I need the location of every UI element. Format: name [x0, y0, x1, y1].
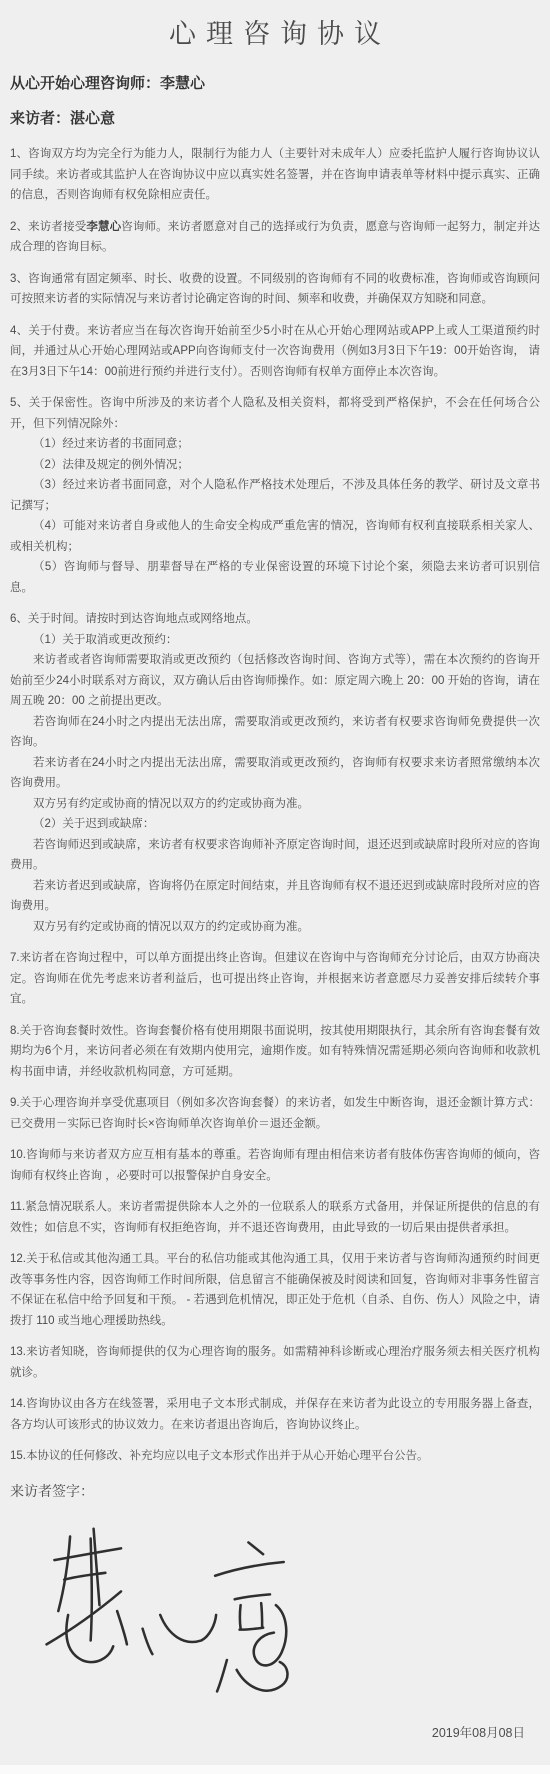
clause-paragraph: 15.本协议的任何修改、补充均应以电子文本形式作出并于从心开始心理平台公告。: [10, 1446, 540, 1467]
clause-text: （1）关于取消或更改预约：: [33, 634, 177, 646]
clause-paragraph: （2）法律及规定的例外情况；: [10, 455, 540, 476]
visitor-label: 来访者：: [10, 110, 70, 127]
clause-text: 13.来访者知晓，咨询师提供的仅为心理咨询的服务。如需精神科诊断或心理治疗服务须…: [10, 1346, 540, 1379]
counselor-label: 从心开始心理咨询师：: [10, 75, 160, 92]
clause-text: （3）经过来访者书面同意，对个人隐私作严格技术处理后，不涉及具体任务的教学、研讨…: [10, 479, 540, 512]
clause-text: （4）可能对来访者自身或他人的生命安全构成严重危害的情况，咨询师有权利直接联系相…: [10, 520, 540, 553]
clause-text: 11.紧急情况联系人。来访者需提供除本人之外的一位联系人的联系方式备用，并保证所…: [10, 1201, 540, 1234]
clause-paragraph: 1、咨询双方均为完全行为能力人，限制行为能力人（主要针对未成年人）应委托监护人履…: [10, 144, 540, 206]
clause-paragraph: 若来访者迟到或缺席，咨询将仍在原定时间结束，并且咨询师有权不退还迟到或缺席时段所…: [10, 876, 540, 917]
clause-paragraph: 7.来访者在咨询过程中，可以单方面提出终止咨询。但建议在咨询中与咨询师充分讨论后…: [10, 948, 540, 1010]
clause-text: 若来访者迟到或缺席，咨询将仍在原定时间结束，并且咨询师有权不退还迟到或缺席时段所…: [10, 880, 540, 913]
clause-paragraph: 双方另有约定或协商的情况以双方的约定或协商为准。: [10, 917, 540, 938]
signature-ink-icon: [22, 1515, 322, 1711]
clause-text: 1、咨询双方均为完全行为能力人，限制行为能力人（主要针对未成年人）应委托监护人履…: [10, 148, 540, 201]
clause-paragraph: （5）咨询师与督导、朋辈督导在严格的专业保密设置的环境下讨论个案，须隐去来访者可…: [10, 557, 540, 598]
clause-paragraph: （4）可能对来访者自身或他人的生命安全构成严重危害的情况，咨询师有权利直接联系相…: [10, 516, 540, 557]
clause-paragraph: 12.关于私信或其他沟通工具。平台的私信功能或其他沟通工具，仅用于来访者与咨询师…: [10, 1249, 540, 1331]
clause-paragraph: 10.咨询师与来访者双方应互相有基本的尊重。若咨询师有理由相信来访者有肢体伤害咨…: [10, 1145, 540, 1186]
clause-text: 若来访者在24小时之内提出无法出席，需要取消或更改预约，咨询师有权要求来访者照常…: [10, 757, 540, 790]
page-title: 心理咨询协议: [10, 12, 540, 51]
clause-paragraph: （2）关于迟到或缺席：: [10, 814, 540, 835]
clause-text: （5）咨询师与督导、朋辈督导在严格的专业保密设置的环境下讨论个案，须隐去来访者可…: [10, 561, 540, 594]
handwritten-signature: [22, 1515, 322, 1711]
clause-text: （1）经过来访者的书面同意；: [33, 438, 189, 450]
agreement-page: 心理咨询协议 从心开始心理咨询师：李慧心 来访者：湛心意 1、咨询双方均为完全行…: [0, 0, 550, 1774]
clause-text: 来访者或者咨询师需要取消或更改预约（包括修改咨询时间、咨询方式等），需在本次预约…: [10, 654, 540, 707]
clause-text: 10.咨询师与来访者双方应互相有基本的尊重。若咨询师有理由相信来访者有肢体伤害咨…: [10, 1149, 540, 1182]
clause-paragraph: 若来访者在24小时之内提出无法出席，需要取消或更改预约，咨询师有权要求来访者照常…: [10, 753, 540, 794]
visitor-line: 来访者：湛心意: [10, 107, 540, 128]
clause-text: 7.来访者在咨询过程中，可以单方面提出终止咨询。但建议在咨询中与咨询师充分讨论后…: [10, 952, 540, 1005]
clause-paragraph: 9.关于心理咨询并享受优惠项目（例如多次咨询套餐）的来访者，如发生中断咨询，退还…: [10, 1093, 540, 1134]
clause-text: 4、关于付费。来访者应当在每次咨询开始前至少5小时在从心开始心理网站或APP上或…: [10, 325, 540, 378]
clause-text: 5、关于保密性。咨询中所涉及的来访者个人隐私及相关资料，都将受到严格保护，不会在…: [10, 397, 540, 430]
clause-text: 双方另有约定或协商的情况以双方的约定或协商为准。: [33, 798, 309, 810]
clause-paragraph: （1）关于取消或更改预约：: [10, 630, 540, 651]
clause-text: 若咨询师在24小时之内提出无法出席，需要取消或更改预约，来访者有权要求咨询师免费…: [10, 716, 540, 749]
clause-text: 双方另有约定或协商的情况以双方的约定或协商为准。: [33, 921, 309, 933]
clause-paragraph: 双方另有约定或协商的情况以双方的约定或协商为准。: [10, 794, 540, 815]
clauses: 1、咨询双方均为完全行为能力人，限制行为能力人（主要针对未成年人）应委托监护人履…: [10, 144, 540, 1467]
clause-text: 14.咨询协议由各方在线签署，采用电子文本形式制成，并保存在来访者为此设立的专用…: [10, 1398, 540, 1431]
signing-date: 2019年08月08日: [10, 1723, 525, 1741]
clause-text: 8.关于咨询套餐时效性。咨询套餐价格有使用期限书面说明，按其使用期限执行，其余所…: [10, 1025, 540, 1078]
clause-text: （2）法律及规定的例外情况；: [33, 459, 189, 471]
clause-paragraph: 8.关于咨询套餐时效性。咨询套餐价格有使用期限书面说明，按其使用期限执行，其余所…: [10, 1021, 540, 1083]
clause-paragraph: 6、关于时间。请按时到达咨询地点或网络地点。: [10, 609, 540, 630]
clause-paragraph: 4、关于付费。来访者应当在每次咨询开始前至少5小时在从心开始心理网站或APP上或…: [10, 321, 540, 383]
clause-paragraph: （1）经过来访者的书面同意；: [10, 434, 540, 455]
clause-paragraph: 14.咨询协议由各方在线签署，采用电子文本形式制成，并保存在来访者为此设立的专用…: [10, 1394, 540, 1435]
clause-text: 15.本协议的任何修改、补充均应以电子文本形式作出并于从心开始心理平台公告。: [10, 1450, 428, 1462]
clause-paragraph: 若咨询师在24小时之内提出无法出席，需要取消或更改预约，来访者有权要求咨询师免费…: [10, 712, 540, 753]
counselor-line: 从心开始心理咨询师：李慧心: [10, 72, 540, 93]
clause-paragraph: 2、来访者接受李慧心咨询师。来访者愿意对自己的选择或行为负责，愿意与咨询师一起努…: [10, 217, 540, 258]
clause-text: （2）关于迟到或缺席：: [33, 818, 154, 830]
clause-paragraph: 11.紧急情况联系人。来访者需提供除本人之外的一位联系人的联系方式备用，并保证所…: [10, 1197, 540, 1238]
clause-text: 3、咨询通常有固定频率、时长、收费的设置。不同级别的咨询师有不同的收费标准，咨询…: [10, 273, 540, 306]
clause-paragraph: 13.来访者知晓，咨询师提供的仅为心理咨询的服务。如需精神科诊断或心理治疗服务须…: [10, 1342, 540, 1383]
counselor-name: 李慧心: [160, 75, 205, 92]
clause-text: 2、来访者接受: [10, 221, 86, 233]
clause-text: 6、关于时间。请按时到达咨询地点或网络地点。: [10, 613, 258, 625]
bottom-strip: [0, 1765, 550, 1774]
clause-text: 若咨询师迟到或缺席，来访者有权要求咨询师补齐原定咨询时间，退还迟到或缺席时段所对…: [10, 839, 540, 872]
clause-paragraph: 若咨询师迟到或缺席，来访者有权要求咨询师补齐原定咨询时间，退还迟到或缺席时段所对…: [10, 835, 540, 876]
clause-paragraph: 3、咨询通常有固定频率、时长、收费的设置。不同级别的咨询师有不同的收费标准，咨询…: [10, 269, 540, 310]
clause-text: 12.关于私信或其他沟通工具。平台的私信功能或其他沟通工具，仅用于来访者与咨询师…: [10, 1253, 540, 1327]
signature-label: 来访者签字：: [10, 1481, 540, 1501]
visitor-name: 湛心意: [70, 110, 115, 127]
clause-paragraph: （3）经过来访者书面同意，对个人隐私作严格技术处理后，不涉及具体任务的教学、研讨…: [10, 475, 540, 516]
clause-paragraph: 5、关于保密性。咨询中所涉及的来访者个人隐私及相关资料，都将受到严格保护，不会在…: [10, 393, 540, 434]
clause-paragraph: 来访者或者咨询师需要取消或更改预约（包括修改咨询时间、咨询方式等），需在本次预约…: [10, 650, 540, 712]
clause-text: 9.关于心理咨询并享受优惠项目（例如多次咨询套餐）的来访者，如发生中断咨询，退还…: [10, 1097, 540, 1130]
counselor-name-inline: 李慧心: [86, 221, 121, 233]
agreement-content: 心理咨询协议 从心开始心理咨询师：李慧心 来访者：湛心意 1、咨询双方均为完全行…: [0, 0, 550, 1741]
